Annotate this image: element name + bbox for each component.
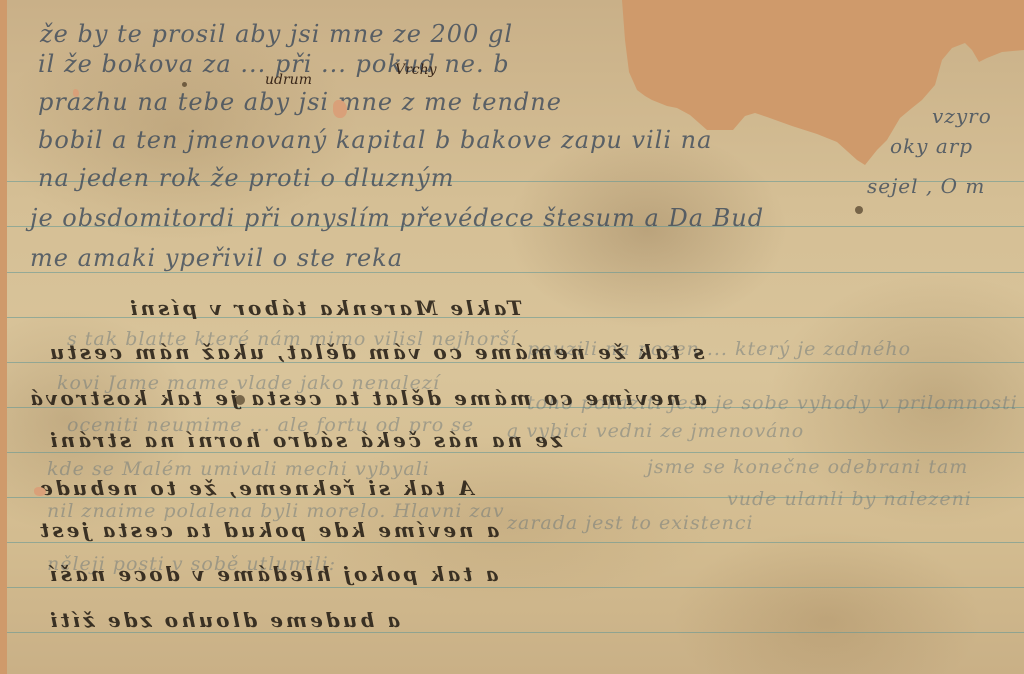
ruled-line <box>7 632 1024 633</box>
handwriting-line: me amaki ypeřivil o ste reka <box>30 244 403 272</box>
handwriting-line: prazhu na tebe aby jsi mne z me tendne <box>38 88 562 116</box>
ruled-line <box>7 542 1024 543</box>
ruled-line <box>7 587 1024 588</box>
faint-handwriting-line: jsme se konečne odebrani tam <box>647 456 968 478</box>
bleed-through-line: Takle Marenka tábor v písni <box>127 296 522 320</box>
fragment-text: oky arp <box>890 134 973 158</box>
paper-hole <box>34 487 46 496</box>
faint-handwriting-line: vude ulanli by nalezeni <box>727 488 972 510</box>
paper-hole <box>73 89 79 97</box>
manuscript-page: s tak blatte které nám mimo vilisl nejho… <box>7 0 1024 674</box>
margin-annotation: udrum <box>265 72 312 88</box>
handwriting-line: že by te prosil aby jsi mne ze 200 gl <box>40 20 513 48</box>
bleed-through-line: a budeme dlouho zde žíti <box>47 608 400 632</box>
margin-annotation: Vrchy <box>395 62 437 78</box>
ink-blot <box>235 395 245 405</box>
bleed-through-line: a nevíme kde pokud ta cesta jest <box>37 518 499 542</box>
ink-blot <box>855 206 863 214</box>
bleed-through-line: a nevíme co máme dělat ta cesta je tak k… <box>27 386 707 410</box>
ruled-line <box>7 272 1024 273</box>
handwriting-line: bobil a ten jmenovaný kapital b bakove z… <box>38 126 712 154</box>
fragment-text: sejel , O m <box>867 174 985 198</box>
bleed-through-line: ze na nás čeká sádro horní na stráni <box>47 428 562 452</box>
handwriting-line: na jeden rok že proti o dluzným <box>38 164 455 192</box>
paper-hole <box>333 100 347 118</box>
ink-blot <box>182 82 187 87</box>
handwriting-line: je obsdomitordi při onyslím převédece št… <box>30 204 764 232</box>
fragment-text: vzyro <box>932 104 992 128</box>
bleed-through-line: s tak že nemáme co vám dělat, ukaž nám c… <box>47 340 704 364</box>
scan-background: s tak blatte které nám mimo vilisl nejho… <box>0 0 1024 674</box>
bleed-through-line: A tak si řekneme, že to nebude <box>37 476 474 500</box>
ruled-line <box>7 452 1024 453</box>
bleed-through-line: a tak pokoj hledáme v doce naší <box>47 562 498 586</box>
faint-handwriting-line: zarada jest to existenci <box>507 512 754 534</box>
